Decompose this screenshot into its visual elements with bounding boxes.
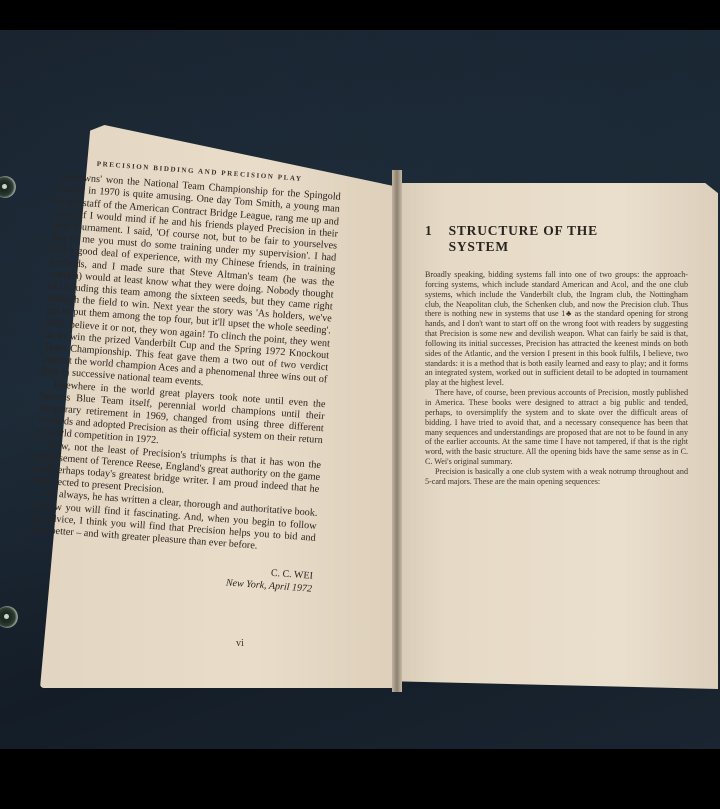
paragraph: Precision is basically a one club system… <box>425 467 688 487</box>
paragraph: 'unknowns' won the National Team Champio… <box>42 171 341 399</box>
chapter-number: 1 <box>425 223 433 255</box>
chapter-title: STRUCTURE OF THE SYSTEM <box>449 223 649 255</box>
page-number: vi <box>236 638 244 649</box>
chapter-heading: 1 STRUCTURE OF THE SYSTEM <box>425 223 649 255</box>
left-page-text: PRECISION BIDDING AND PRECISION PLAY 'un… <box>27 155 342 595</box>
letterbox-bottom <box>0 749 720 809</box>
book-gutter <box>392 170 402 692</box>
letterbox-top <box>0 0 720 30</box>
right-page-text: Broadly speaking, bidding systems fall i… <box>425 270 688 487</box>
paragraph: There have, of course, been previous acc… <box>425 388 688 467</box>
paragraph: Broadly speaking, bidding systems fall i… <box>425 270 688 388</box>
right-page: 1 STRUCTURE OF THE SYSTEM Broadly speaki… <box>398 183 718 689</box>
